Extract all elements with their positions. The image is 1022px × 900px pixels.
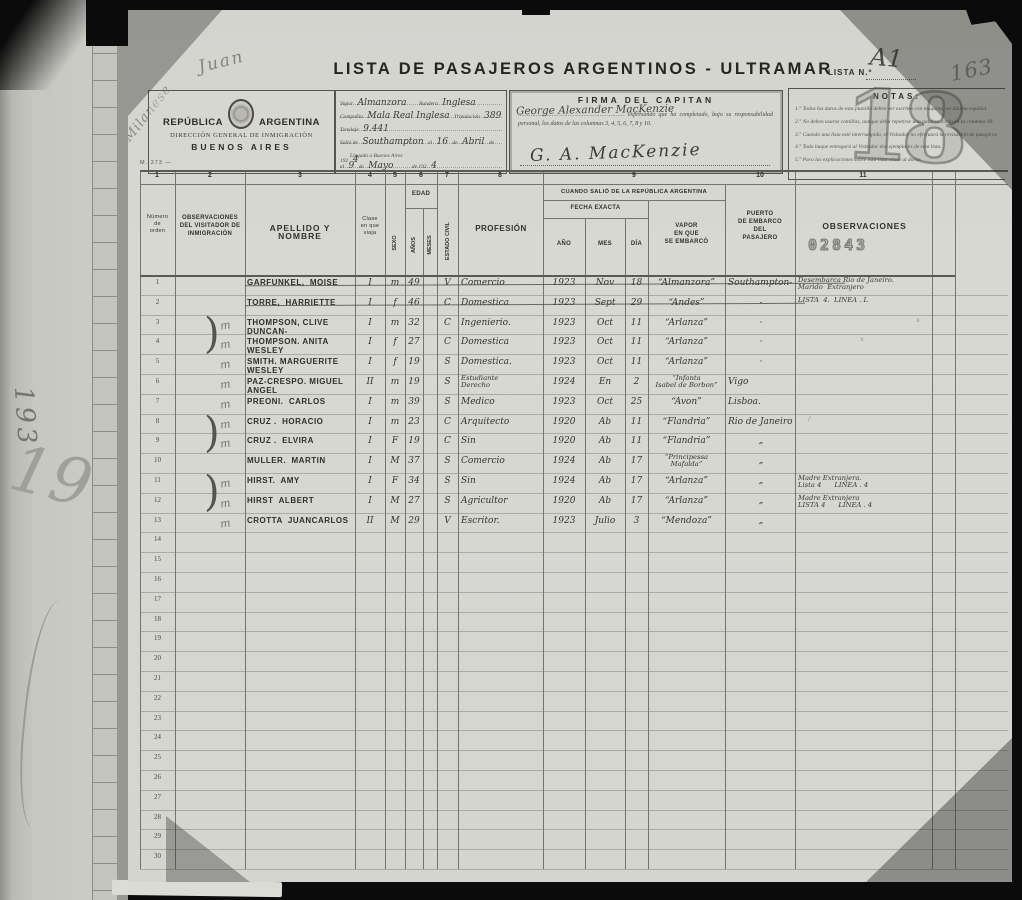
row-estado: S <box>437 496 458 506</box>
list-number-stamp: 18 <box>841 69 963 186</box>
row-num: 29 <box>140 832 175 840</box>
row-sexo: m <box>385 318 405 328</box>
row-ano: 1923 <box>543 318 585 328</box>
row-sexo: f <box>385 357 405 367</box>
col-header-profesion: PROFESIÓN <box>460 225 542 233</box>
row-num: 28 <box>140 813 175 821</box>
row-num: 7 <box>140 397 175 405</box>
row-clase: I <box>355 417 385 427</box>
col-number: 7 <box>445 172 449 179</box>
margin-pencil-loops: 19 <box>2 431 99 523</box>
agency-city: BUENOS AIRES <box>149 142 334 152</box>
row-puerto: „ <box>728 456 794 466</box>
row-sexo: M <box>385 496 405 506</box>
row-num: 18 <box>140 615 175 623</box>
row-clase: II <box>355 377 385 387</box>
row-clase: I <box>355 397 385 407</box>
col-header-edad: EDAD <box>405 190 437 198</box>
row-ano: 1923 <box>543 357 585 367</box>
row-vapor: “Flandria” <box>648 417 725 427</box>
row-prof: Arquitecto <box>461 417 541 427</box>
row-obs: Madre Extranjera. Lista 4 LINEA . 4 <box>798 475 948 489</box>
row-prof: Agricultor <box>461 496 541 506</box>
passenger-table: 1 2 3 4 5 6 7 8 9 10 11 Número de orden … <box>140 170 1010 876</box>
table-row: 27 <box>140 790 1010 810</box>
row-clase: I <box>355 357 385 367</box>
photo-of-bound-register: { "pencil": { "folio": "163", "top_scrib… <box>0 0 1022 900</box>
table-row: 21 <box>140 671 1010 691</box>
row-anos: 19 <box>405 436 423 446</box>
row-puerto: Vigo <box>728 377 794 387</box>
row-clase: I <box>355 476 385 486</box>
col-header-observaciones: OBSERVACIONES <box>797 222 932 230</box>
row-mes: Oct <box>585 318 625 328</box>
row-estado: S <box>437 476 458 486</box>
row-num: 10 <box>140 456 175 464</box>
row-clase: I <box>355 278 385 288</box>
table-row: 14 <box>140 532 1010 552</box>
row-num: 13 <box>140 516 175 524</box>
row-puerto: „ <box>728 496 794 506</box>
table-row: 9mCRUZ . ELVIRAIF19CSin1920Ab11“Flandria… <box>140 433 1010 453</box>
row-num: 8 <box>140 417 175 425</box>
row-sexo: F <box>385 476 405 486</box>
row-num: 17 <box>140 595 175 603</box>
row-vapor: “Arlanza” <box>648 337 725 347</box>
row-anos: 49 <box>405 278 423 288</box>
row-name: CROTTA JUANCARLOS <box>247 516 359 525</box>
row-num: 6 <box>140 377 175 385</box>
table-row: 16 <box>140 572 1010 592</box>
row-num: 1 <box>140 278 175 286</box>
col-header-vapor-embarco: VAPOR EN QUE SE EMBARCÓ <box>648 222 725 246</box>
row-mark: m <box>219 395 245 411</box>
col-number: 2 <box>208 172 212 179</box>
row-estado: C <box>437 417 458 427</box>
row-name: THOMPSON. ANITA WESLEY <box>247 337 359 355</box>
row-name: PREONI. CARLOS <box>247 397 359 406</box>
row-num: 21 <box>140 674 175 682</box>
row-vapor: “Arlanza” <box>648 496 725 506</box>
row-vapor: “Flandria” <box>648 436 725 446</box>
row-obs: LISTA 4. LINEA . L <box>798 297 948 304</box>
table-row: 24 <box>140 730 1010 750</box>
row-num: 4 <box>140 337 175 345</box>
observaciones-stamp: 02843 <box>808 236 868 254</box>
row-anos: 19 <box>405 377 423 387</box>
row-num: 30 <box>140 852 175 860</box>
row-estado: S <box>437 397 458 407</box>
col-number: 4 <box>368 172 372 179</box>
row-num: 27 <box>140 793 175 801</box>
row-mark: m <box>219 514 245 530</box>
row-mes: En <box>585 377 625 387</box>
agency-country-left: REPÚBLICA <box>163 117 223 128</box>
agency-country-right: ARGENTINA <box>259 117 320 128</box>
row-ano: 1923 <box>543 397 585 407</box>
row-prof: Comercio <box>461 456 541 466</box>
col-number: 8 <box>498 172 502 179</box>
row-dia: 11 <box>625 357 648 367</box>
row-sexo: m <box>385 397 405 407</box>
grid-line <box>405 208 437 209</box>
ship-form-box: Vapor Almanzora Bandera Inglesa Compañía… <box>335 90 507 174</box>
row-name: HIRST ALBERT <box>247 496 359 505</box>
row-num: 14 <box>140 535 175 543</box>
col-number: 10 <box>756 172 764 179</box>
row-num: 9 <box>140 436 175 444</box>
row-prof: Escritor. <box>461 516 541 526</box>
background-notch <box>86 0 134 46</box>
row-estado: S <box>437 357 458 367</box>
table-row: 29 <box>140 829 1010 849</box>
row-dia: 17 <box>625 496 648 506</box>
row-prof: Sin <box>461 476 541 486</box>
row-ano: 1924 <box>543 456 585 466</box>
row-clase: I <box>355 496 385 506</box>
grid-line <box>140 184 1008 185</box>
row-prof: Domestica <box>461 298 541 308</box>
row-estado: C <box>437 318 458 328</box>
agency-box: REPÚBLICA ARGENTINA DIRECCIÓN GENERAL DE… <box>148 90 335 174</box>
row-ano: 1924 <box>543 476 585 486</box>
row-estado: C <box>437 298 458 308</box>
row-prof: Sin <box>461 436 541 446</box>
row-anos: 39 <box>405 397 423 407</box>
row-obs: x <box>860 336 1010 343</box>
row-clase: I <box>355 337 385 347</box>
table-row: 15 <box>140 552 1010 572</box>
row-mes: Oct <box>585 337 625 347</box>
row-ano: 1923 <box>543 516 585 526</box>
row-name: HIRST. AMY <box>247 476 359 485</box>
row-name: CRUZ . HORACIO <box>247 417 359 426</box>
row-num: 15 <box>140 555 175 563</box>
row-ano: 1920 <box>543 436 585 446</box>
row-num: 20 <box>140 654 175 662</box>
row-sexo: f <box>385 337 405 347</box>
row-prof: Medico <box>461 397 541 407</box>
row-num: 23 <box>140 714 175 722</box>
table-row: 26 <box>140 770 1010 790</box>
col-header-estado-civil: ESTADO CIVIL <box>445 212 451 270</box>
table-row: 25 <box>140 750 1010 770</box>
row-ano: 1923 <box>543 337 585 347</box>
family-bracket: ) <box>204 472 220 512</box>
row-sexo: m <box>385 278 405 288</box>
row-mark: m <box>219 316 245 332</box>
table-row: 30 <box>140 849 1010 869</box>
page-gutter <box>117 0 128 900</box>
row-anos: 37 <box>405 456 423 466</box>
row-mark: m <box>219 375 245 391</box>
row-name: CRUZ . ELVIRA <box>247 436 359 445</box>
row-ano: 1920 <box>543 496 585 506</box>
col-header-numero: Número de orden <box>140 214 175 235</box>
row-name: THOMPSON, CLIVE DUNCAN- <box>247 318 359 336</box>
row-estado: V <box>437 516 458 526</box>
col-header-mes: MES <box>585 240 625 248</box>
row-estado: V <box>437 278 458 288</box>
row-dia: 11 <box>625 417 648 427</box>
row-prof: Comercio <box>461 278 541 288</box>
captain-signature: G. A. MacKenzie <box>530 140 702 166</box>
table-row: 23 <box>140 711 1010 731</box>
row-num: 5 <box>140 357 175 365</box>
row-sexo: F <box>385 436 405 446</box>
row-clase: II <box>355 516 385 526</box>
manifest-page: Juan Milanese LISTA DE PASAJEROS ARGENTI… <box>128 10 1012 882</box>
col-header-meses: MESES <box>427 217 433 273</box>
row-anos: 29 <box>405 516 423 526</box>
row-num: 19 <box>140 634 175 642</box>
col-number: 3 <box>298 172 302 179</box>
row-mark: m <box>219 415 245 431</box>
row-num: 12 <box>140 496 175 504</box>
row-name: PAZ-CRESPO. MIGUEL ANGEL <box>247 377 359 395</box>
row-sexo: M <box>385 516 405 526</box>
col-header-observaciones-visitador: OBSERVACIONES DEL VISITADOR DE INMIGRACI… <box>177 214 243 238</box>
table-row: 13mCROTTA JUANCARLOSIIM29VEscritor.1923J… <box>140 513 1010 533</box>
background-notch <box>522 0 550 15</box>
family-bracket: ) <box>204 314 220 354</box>
row-mark: m <box>219 336 245 352</box>
col-header-dia: DÍA <box>625 240 648 248</box>
grid-line <box>140 869 1008 870</box>
table-row: 6mPAZ-CRESPO. MIGUEL ANGELIIm19SEstudian… <box>140 374 1010 394</box>
table-row: 19 <box>140 631 1010 651</box>
row-num: 16 <box>140 575 175 583</box>
col-number: 9 <box>632 172 636 179</box>
row-dia: 17 <box>625 476 648 486</box>
family-bracket: ) <box>204 413 220 453</box>
row-anos: 34 <box>405 476 423 486</box>
row-ano: 1924 <box>543 377 585 387</box>
col-header-puerto-embarco: PUERTO DE EMBARCO DEL PASAJERO <box>725 210 795 242</box>
row-vapor: “Infanta Isabel de Borbon” <box>648 375 725 389</box>
row-dia: 11 <box>625 337 648 347</box>
col-header-anos: AÑOS <box>411 217 417 273</box>
row-num: 2 <box>140 298 175 306</box>
row-vapor: “Arlanza” <box>648 318 725 328</box>
row-clase: I <box>355 298 385 308</box>
row-puerto: Rio de Janeiro <box>728 417 794 427</box>
form-number: M. 373 — <box>140 160 172 166</box>
row-prof: Domestica. <box>461 357 541 367</box>
row-puerto: „ <box>728 476 794 486</box>
table-row: 20 <box>140 651 1010 671</box>
row-dia: 2 <box>625 377 648 387</box>
row-puerto: Lisboa. <box>728 397 794 407</box>
table-row: 10MULLER. MARTINIM37SComercio1924Ab17“Pr… <box>140 453 1010 473</box>
table-row: 12mHIRST ALBERTIM27SAgricultor1920Ab17“A… <box>140 493 1010 513</box>
row-sexo: f <box>385 298 405 308</box>
table-row: 7mPREONI. CARLOSIm39SMedico1923Oct25“Avo… <box>140 394 1010 414</box>
grid-line <box>543 218 648 219</box>
row-sexo: m <box>385 417 405 427</box>
row-sexo: M <box>385 456 405 466</box>
col-number: 6 <box>419 172 423 179</box>
table-row: 28 <box>140 810 1010 830</box>
row-puerto: „ <box>728 436 794 446</box>
row-num: 26 <box>140 773 175 781</box>
row-estado: S <box>437 456 458 466</box>
row-anos: 46 <box>405 298 423 308</box>
table-row: 5mSMITH. MARGUERITE WESLEYIf19SDomestica… <box>140 354 1010 374</box>
row-puerto: · <box>728 318 794 328</box>
row-anos: 27 <box>405 337 423 347</box>
table-row: 11mHIRST. AMYIF34SSin1924Ab17“Arlanza”„M… <box>140 473 1010 493</box>
row-prof: Estudiante Derecho <box>461 375 541 389</box>
row-num: 24 <box>140 733 175 741</box>
row-anos: 27 <box>405 496 423 506</box>
row-estado: C <box>437 337 458 347</box>
row-ano: 1920 <box>543 417 585 427</box>
row-mes: Oct <box>585 357 625 367</box>
row-obs: x <box>916 317 1022 324</box>
row-num: 3 <box>140 318 175 326</box>
row-mes: Ab <box>585 436 625 446</box>
row-name: MULLER. MARTIN <box>247 456 359 465</box>
col-header-fecha-exacta: FECHA EXACTA <box>545 204 646 212</box>
row-vapor: “Arlanza” <box>648 357 725 367</box>
coat-of-arms-icon <box>228 99 254 129</box>
captain-signature-box: FIRMA DEL CAPITAN …………………………………………………… e… <box>509 90 783 174</box>
page-stack-edge <box>112 880 282 897</box>
agency-bureau: DIRECCIÓN GENERAL DE INMIGRACIÓN <box>149 132 334 139</box>
row-clase: I <box>355 318 385 328</box>
row-obs: Madre Extranjera LISTA 4 LINEA . 4 <box>798 495 948 509</box>
row-mark: m <box>219 474 245 490</box>
row-mark: m <box>219 494 245 510</box>
row-puerto: · <box>728 357 794 367</box>
row-dia: 25 <box>625 397 648 407</box>
row-mes: Ab <box>585 496 625 506</box>
row-dia: 11 <box>625 318 648 328</box>
table-row: 8mCRUZ . HORACIOIm23CArquitecto1920Ab11“… <box>140 414 1010 434</box>
row-estado: C <box>437 436 458 446</box>
row-anos: 32 <box>405 318 423 328</box>
row-prof: Domestica <box>461 337 541 347</box>
page-title: LISTA DE PASAJEROS ARGENTINOS - ULTRAMAR <box>298 60 868 79</box>
row-name: SMITH. MARGUERITE WESLEY <box>247 357 359 375</box>
row-num: 11 <box>140 476 175 484</box>
row-clase: I <box>355 456 385 466</box>
row-num: 25 <box>140 753 175 761</box>
row-puerto: · <box>728 337 794 347</box>
row-puerto: „ <box>728 516 794 526</box>
row-sexo: m <box>385 377 405 387</box>
row-estado: S <box>437 377 458 387</box>
row-vapor: “Avon” <box>648 397 725 407</box>
row-dia: 3 <box>625 516 648 526</box>
row-mes: Julio <box>585 516 625 526</box>
margin-pencil-curve <box>12 598 84 832</box>
table-row: 3mTHOMPSON, CLIVE DUNCAN-Im32CIngenierio… <box>140 315 1010 335</box>
col-number: 1 <box>155 172 159 179</box>
row-dia: 11 <box>625 436 648 446</box>
row-vapor: “Principessa Mafalda” <box>648 454 725 468</box>
col-header-apellido: APELLIDO Y NOMBRE <box>247 224 353 240</box>
row-num: 22 <box>140 694 175 702</box>
col-header-ano: AÑO <box>543 240 585 248</box>
row-dia: 17 <box>625 456 648 466</box>
grid-line <box>543 200 725 201</box>
pencil-scribble: Juan <box>196 47 246 78</box>
row-mes: Ab <box>585 456 625 466</box>
col-number: 5 <box>393 172 397 179</box>
row-clase: I <box>355 436 385 446</box>
row-prof: Ingenierio. <box>461 318 541 328</box>
row-anos: 23 <box>405 417 423 427</box>
row-vapor: “Arlanza” <box>648 476 725 486</box>
row-mark: m <box>219 356 245 372</box>
row-mes: Oct <box>585 397 625 407</box>
row-obs: / <box>808 416 958 423</box>
table-row: 17 <box>140 592 1010 612</box>
table-row: 4mTHOMPSON. ANITA WESLEYIf27CDomestica19… <box>140 334 1010 354</box>
row-mes: Ab <box>585 476 625 486</box>
signature-line <box>520 165 770 166</box>
row-vapor: “Mendoza” <box>648 516 725 526</box>
col-header-sexo: SEXO <box>392 215 398 271</box>
book-binding <box>92 0 118 900</box>
lista-number-value: A1 <box>869 43 904 74</box>
col-header-cuando-salio: CUANDO SALIÓ DE LA REPÚBLICA ARGENTINA <box>545 188 723 196</box>
row-anos: 19 <box>405 357 423 367</box>
row-mark: m <box>219 435 245 451</box>
table-row: 18 <box>140 612 1010 632</box>
row-mes: Ab <box>585 417 625 427</box>
table-row: 22 <box>140 691 1010 711</box>
col-header-clase: Clase en que viaja <box>355 216 385 237</box>
